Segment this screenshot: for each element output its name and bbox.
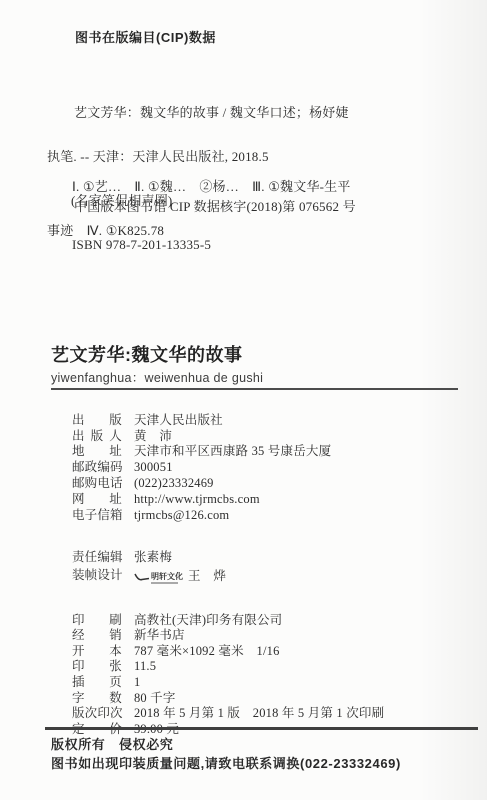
row-label: 邮政编码 <box>72 460 122 476</box>
row-value: 天津人民出版社 <box>134 413 223 429</box>
editor-row: 责任编辑张素梅 <box>52 530 226 548</box>
email-value: tjrmcbs@126.com <box>134 508 229 524</box>
row-label: 出版 <box>72 413 122 429</box>
row-label: 印刷 <box>72 613 122 629</box>
row-label: 出版人 <box>72 429 122 445</box>
row-value: 张素梅 <box>134 548 172 566</box>
logo-text: 明轩文化 <box>151 573 183 581</box>
row-value: 王 烨 <box>188 567 226 585</box>
row-value: 高教社(天津)印务有限公司 <box>134 613 282 629</box>
row-label: 开本 <box>72 644 122 660</box>
row-value: 天津市和平区西康路 35 号康岳大厦 <box>134 444 331 460</box>
copyright-page: 图书在版编目(CIP)数据 艺文芳华：魏文华的故事 / 魏文华口述；杨妤婕 执笔… <box>0 0 487 800</box>
copyright-notice: 版权所有 侵权必究 <box>51 736 401 755</box>
logo-subtext-line <box>151 582 178 584</box>
row-label: 邮购电话 <box>72 476 122 492</box>
row-label: 电子信箱 <box>72 508 122 524</box>
divider-line <box>51 388 458 390</box>
row-value: (022)23332469 <box>134 476 214 492</box>
book-title: 艺文芳华:魏文华的故事 <box>51 341 243 367</box>
cip-classification-line: 事迹 Ⅳ. ①K825.78 <box>47 224 457 239</box>
row-value: 新华书店 <box>134 628 185 644</box>
website-value: http://www.tjrmcbs.com <box>134 492 260 508</box>
row-value: 1 <box>134 675 140 691</box>
design-value: 明轩文化王 烨 <box>134 566 226 585</box>
row-label: 网址 <box>72 492 122 508</box>
row-label: 印张 <box>72 659 122 675</box>
publisher-info: 出版天津人民出版社 出版人黄 沛 地址天津市和平区西康路 35 号康岳大厦 邮政… <box>52 397 331 508</box>
book-title-pinyin: yiwenfanghua：weiwenhua de gushi <box>51 368 263 386</box>
row-value: 2018 年 5 月第 1 版 2018 年 5 月第 1 次印刷 <box>134 706 384 722</box>
price-value: 39.00 元 <box>134 722 179 738</box>
row-value: 787 毫米×1092 毫米 1/16 <box>134 644 280 660</box>
row-label: 地址 <box>72 444 122 460</box>
row-label: 责任编辑 <box>72 548 122 566</box>
pub-row: 出版天津人民出版社 <box>52 397 331 413</box>
row-label: 版次印次 <box>72 706 122 722</box>
row-label: 字数 <box>72 691 122 707</box>
row-label: 定价 <box>72 722 122 738</box>
print-row: 印刷高教社(天津)印务有限公司 <box>52 597 384 613</box>
mingxuan-culture-logo: 明轩文化 <box>134 570 183 585</box>
cip-classification-line: Ⅰ. ①艺… Ⅱ. ①魏… ②杨… Ⅲ. ①魏文华-生平 <box>72 180 457 195</box>
print-info: 印刷高教社(天津)印务有限公司 经销新华书店 开本787 毫米×1092 毫米 … <box>52 597 384 722</box>
row-value: 黄 沛 <box>134 429 172 445</box>
check-swoosh-icon <box>134 573 150 583</box>
quality-notice: 图书如出现印装质量问题,请致电联系调换(022-23332469) <box>51 755 401 774</box>
row-label: 装帧设计 <box>72 566 122 584</box>
row-value: 300051 <box>134 460 173 476</box>
divider-line <box>45 727 478 730</box>
staff-info: 责任编辑张素梅 装帧设计明轩文化王 烨 <box>52 530 226 566</box>
cip-heading: 图书在版编目(CIP)数据 <box>75 27 216 46</box>
copyright-footer: 版权所有 侵权必究 图书如出现印装质量问题,请致电联系调换(022-233324… <box>51 736 401 773</box>
row-label: 经销 <box>72 628 122 644</box>
row-value: 80 千字 <box>134 691 176 707</box>
cip-description-line: 艺文芳华：魏文华的故事 / 魏文华口述；杨妤婕 <box>74 106 447 121</box>
cip-record-number: 中国版本图书馆 CIP 数据核字(2018)第 076562 号 <box>74 196 356 215</box>
row-value: 11.5 <box>134 659 156 675</box>
row-label: 插页 <box>72 675 122 691</box>
